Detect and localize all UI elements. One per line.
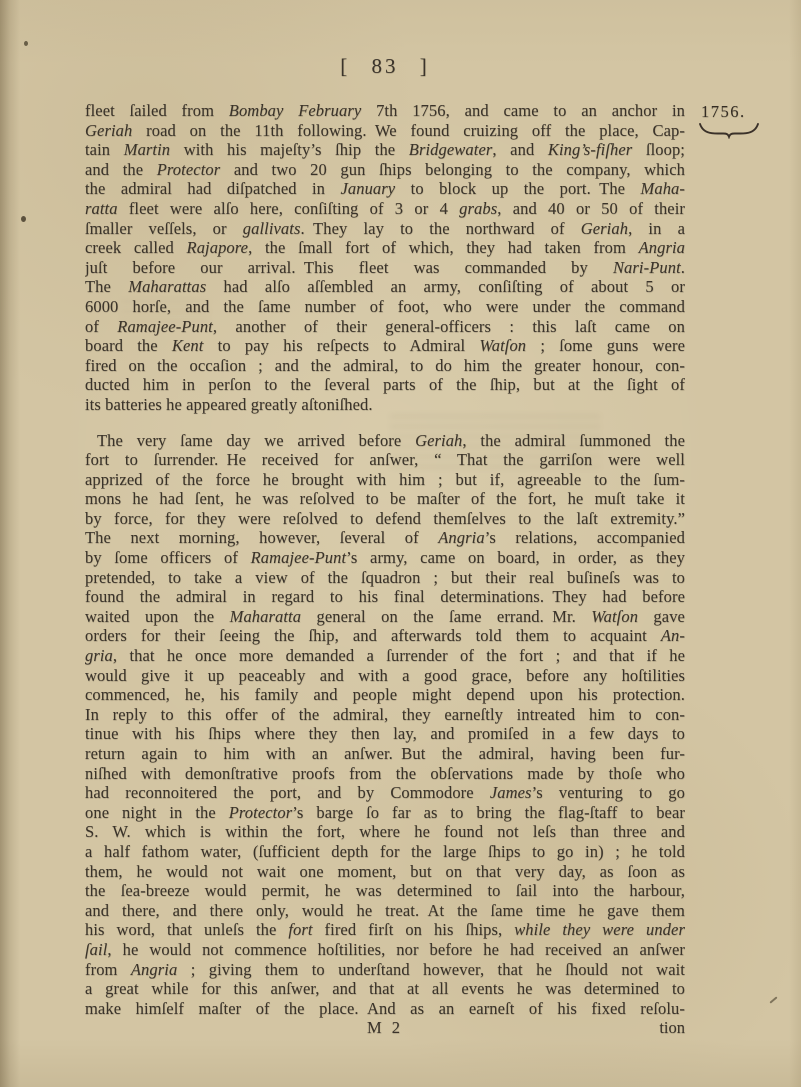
text-line: would give it up peaceably and with a go… [85, 666, 685, 686]
text-line: them, he would not wait one moment, but … [85, 862, 685, 882]
text-line: gria, that he once more demanded a ſurre… [85, 646, 685, 666]
text-line: pretended, to take a view of the ſquadro… [85, 568, 685, 588]
paragraph: The very ſame day we arrived before Geri… [85, 431, 685, 1019]
text-line: the ſea-breeze would permit, he was dete… [85, 881, 685, 901]
text-line: its batteries he appeared greatly aſtoni… [85, 395, 685, 415]
text-line: from Angria ; giving them to underſtand … [85, 960, 685, 980]
text-line: make himſelf maſter of the place. And as… [85, 999, 685, 1019]
text-block: fleet ſailed from Bombay February 7th 17… [85, 101, 685, 1038]
text-line: fleet ſailed from Bombay February 7th 17… [85, 101, 685, 121]
page-bottom-shade [0, 1039, 801, 1087]
text-line: a great while for this anſwer, and that … [85, 979, 685, 999]
text-line: tinue with his ſhips where they then lay… [85, 724, 685, 744]
text-line: return again to him with an anſwer. But … [85, 744, 685, 764]
text-line: found the admiral in regard to his final… [85, 587, 685, 607]
text-line: The next morning, however, ſeveral of An… [85, 528, 685, 548]
text-line: 6000 horſe, and the ſame number of foot,… [85, 297, 685, 317]
text-line: niſhed with demonſtrative proofs from th… [85, 764, 685, 784]
text-line: In reply to this offer of the admiral, t… [85, 705, 685, 725]
paper-speck [24, 41, 28, 46]
text-line: one night in the Protector’s barge ſo fa… [85, 803, 685, 823]
text-line: tain Martin with his majeſty’s ſhip the … [85, 140, 685, 160]
text-line: mons he had ſent, he was reſolved to be … [85, 489, 685, 509]
text-line: ſmaller veſſels, or gallivats. They lay … [85, 219, 685, 239]
text-line: by force, for they were reſolved to defe… [85, 509, 685, 529]
text-line: the admiral had diſpatched in January to… [85, 179, 685, 199]
text-line: and the Protector and two 20 gun ſhips b… [85, 160, 685, 180]
text-line: fired on the occaſion ; and the admiral,… [85, 356, 685, 376]
text-line: apprized of the force he brought with hi… [85, 470, 685, 490]
catchword: tion [659, 1018, 685, 1038]
text-line: board the Kent to pay his reſpects to Ad… [85, 336, 685, 356]
text-line: had reconnoitered the port, and by Commo… [85, 783, 685, 803]
text-line: waited upon the Maharatta general on the… [85, 607, 685, 627]
text-line: ducted him in perſon to the ſeveral part… [85, 375, 685, 395]
text-line: Geriah road on the 11th following. We fo… [85, 121, 685, 141]
text-line: orders for their ſeeing the ſhip, and af… [85, 626, 685, 646]
page-number-header: [ 83 ] [85, 54, 685, 79]
paper-speck [21, 216, 26, 222]
text-line: of Ramajee-Punt, another of their genera… [85, 317, 685, 337]
text-line: ratta fleet were alſo here, conſiſting o… [85, 199, 685, 219]
paper-speck [769, 996, 777, 1003]
text-line: fort to ſurrender. He received for anſwe… [85, 450, 685, 470]
margin-year-note: 1756. [701, 102, 773, 122]
text-line: and there, and there only, would he trea… [85, 901, 685, 921]
text-line: commenced, he, his family and people mig… [85, 685, 685, 705]
paragraph: fleet ſailed from Bombay February 7th 17… [85, 101, 685, 415]
book-page: [ 83 ] 1756. fleet ſailed from Bombay Fe… [0, 0, 801, 1087]
text-line: a half fathom water, (ſufficient depth f… [85, 842, 685, 862]
text-line: creek called Rajapore, the ſmall fort of… [85, 238, 685, 258]
page-right-shade [789, 0, 801, 1087]
text-line: his word, that unleſs the fort fired fir… [85, 920, 685, 940]
text-line: by ſome officers of Ramajee-Punt’s army,… [85, 548, 685, 568]
signature-row: M 2 tion [85, 1018, 685, 1038]
text-line: The very ſame day we arrived before Geri… [85, 431, 685, 451]
text-line: The Maharattas had alſo aſſembled an arm… [85, 277, 685, 297]
underbrace-flourish [698, 121, 760, 139]
text-line: ſail, he would not commence hoſtilities,… [85, 940, 685, 960]
margin-year-label: 1756. [701, 102, 773, 122]
signature-mark: M 2 [367, 1018, 403, 1038]
text-line: S. W. which is within the fort, where he… [85, 822, 685, 842]
gutter-shadow [0, 0, 20, 1087]
text-line: juſt before our arrival. This fleet was … [85, 258, 685, 278]
